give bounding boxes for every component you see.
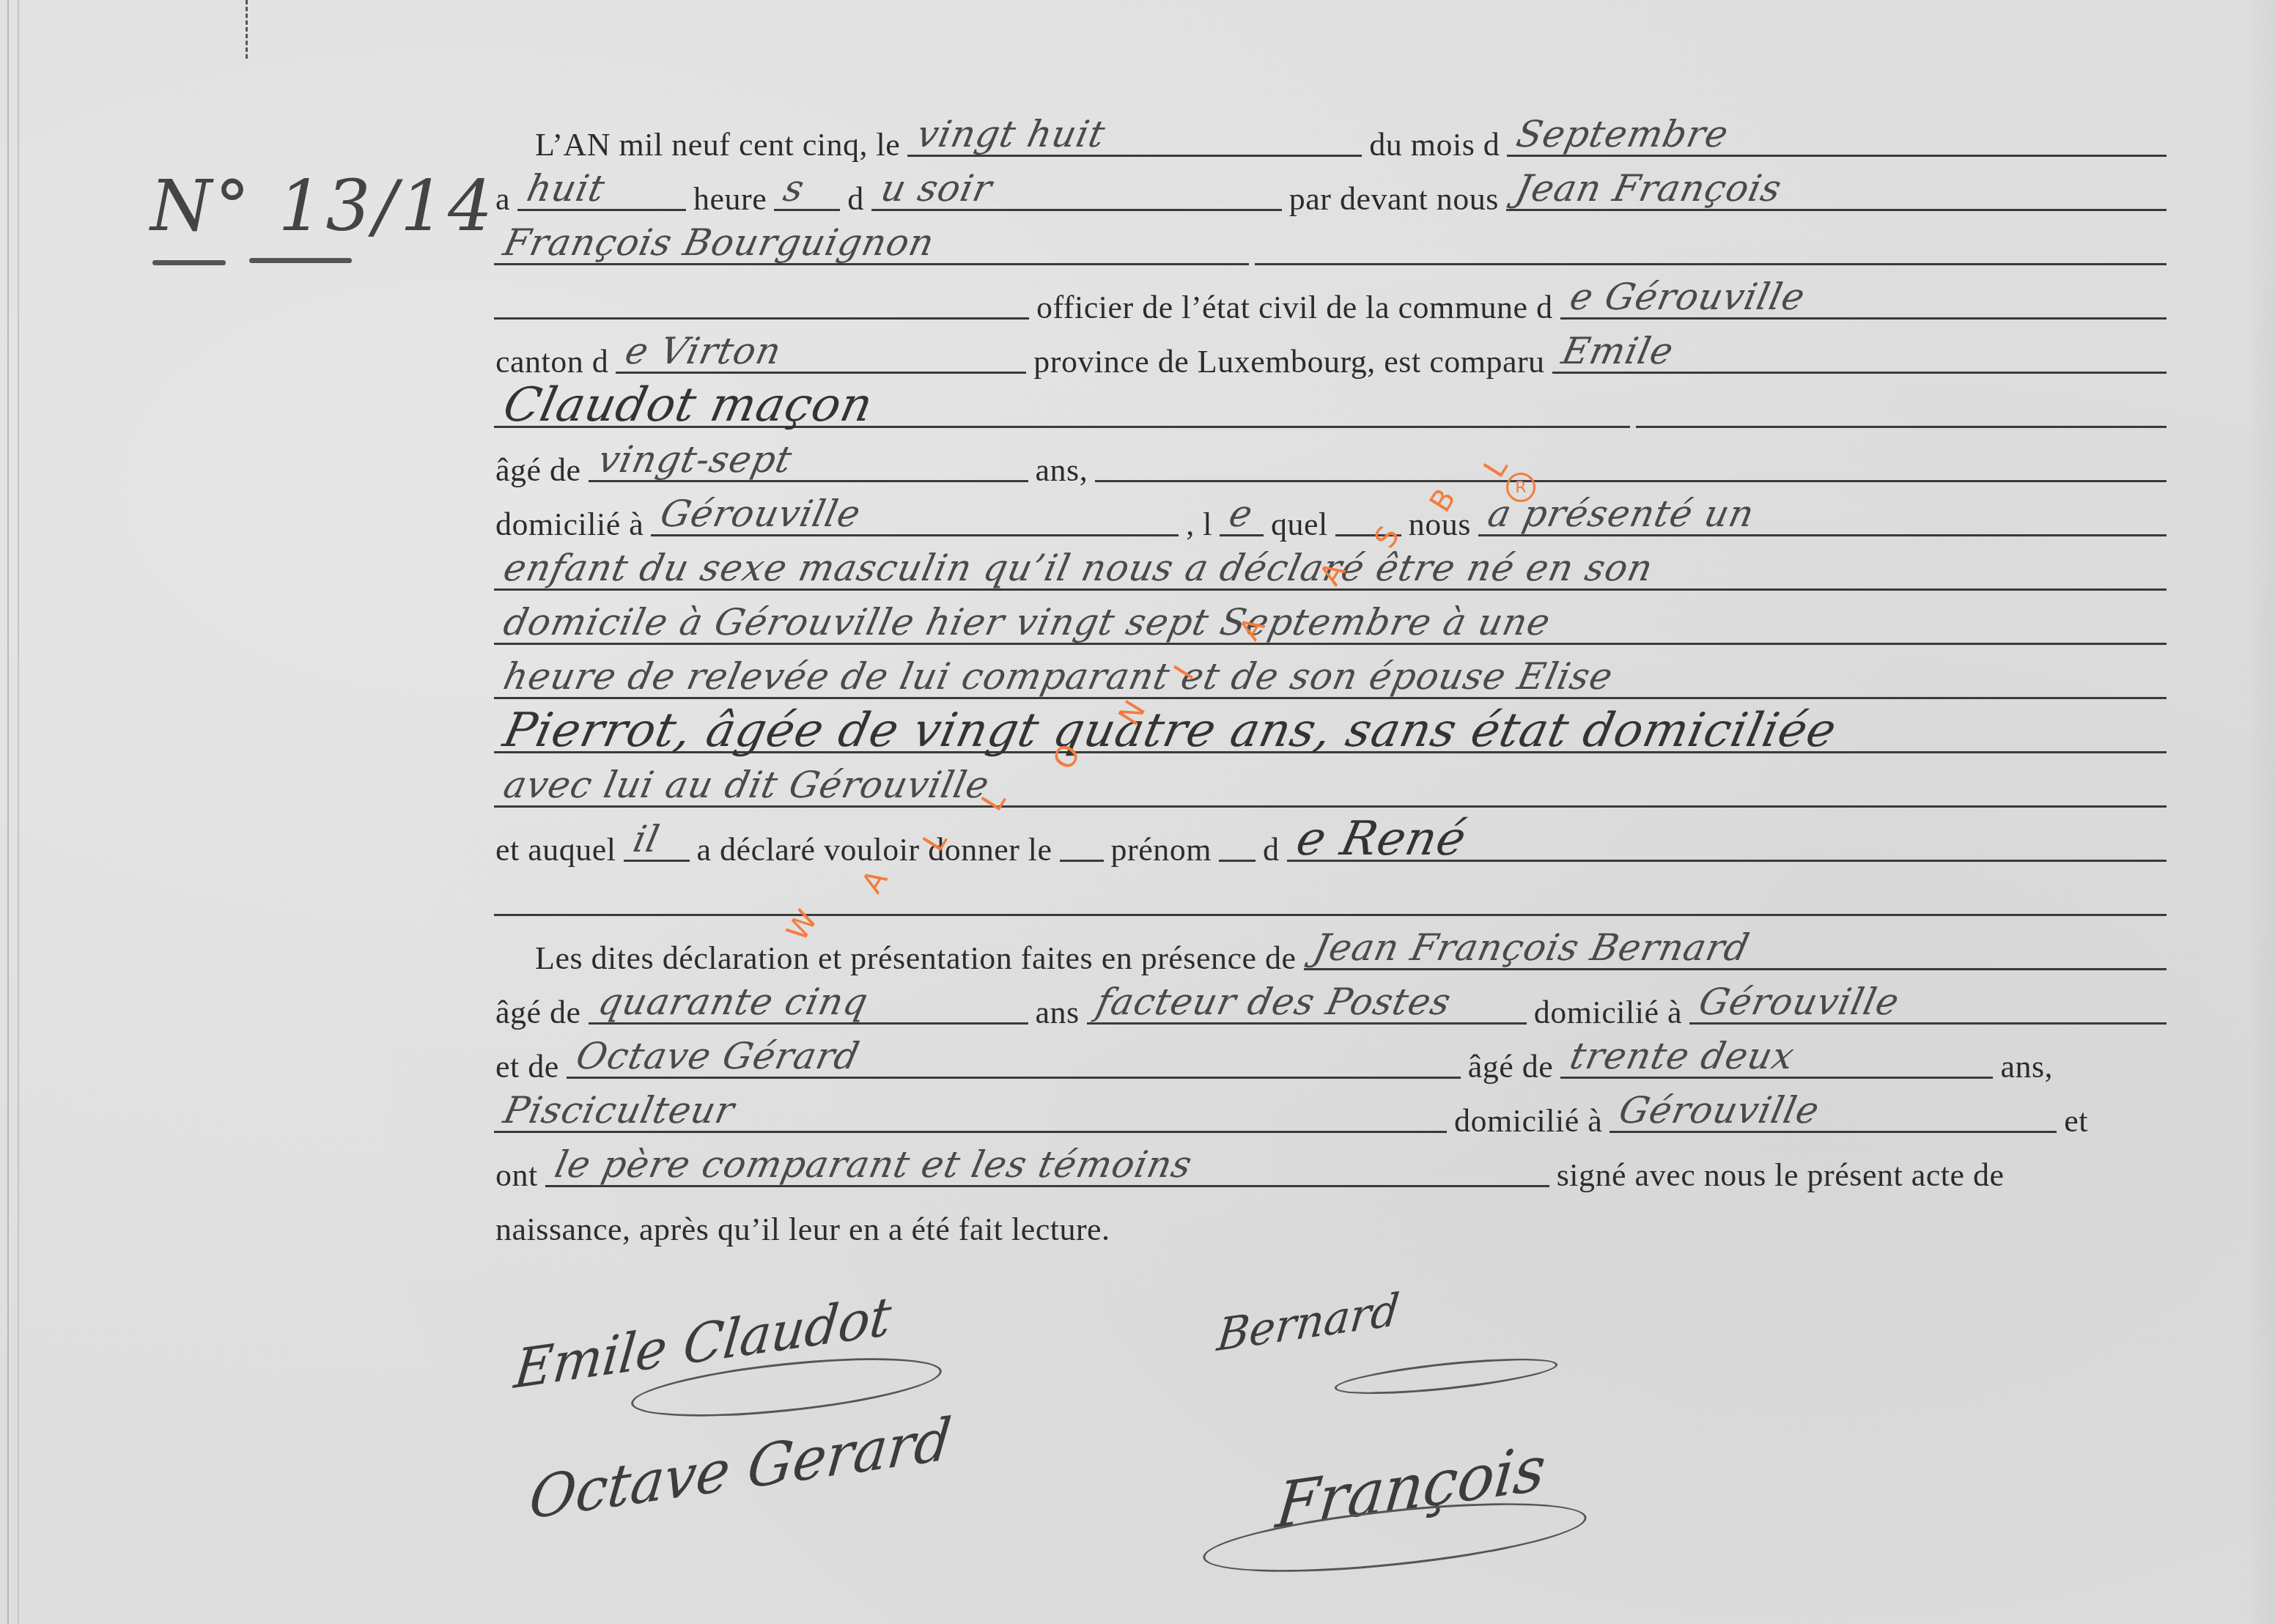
form-line: François Bourguignon xyxy=(491,218,2169,273)
handwritten-entry: quarante cinq xyxy=(584,983,871,1022)
form-line: et auquelila déclaré vouloir donner lepr… xyxy=(491,815,2169,869)
handwritten-field: il xyxy=(624,816,690,862)
handwritten-field: Gérouville xyxy=(1610,1087,2057,1133)
handwritten-field xyxy=(494,870,2167,916)
handwritten-entry: Octave Gérard xyxy=(562,1037,863,1077)
handwritten-entry: le père comparant et les témoins xyxy=(541,1145,1195,1185)
handwritten-field xyxy=(1255,219,2167,265)
handwritten-entry: Jean François xyxy=(1502,169,1785,209)
handwritten-entry: s xyxy=(770,169,808,209)
handwritten-field: François Bourguignon xyxy=(494,219,1249,265)
form-line: domicile à Gérouville hier vingt sept Se… xyxy=(491,598,2169,652)
handwritten-entry: facteur des Postes xyxy=(1083,983,1454,1022)
printed-text: prénom xyxy=(1107,831,1216,869)
form-line xyxy=(491,869,2169,923)
handwritten-entry: il xyxy=(619,820,663,860)
registry-number-underline xyxy=(152,260,226,265)
handwritten-field: u soir xyxy=(871,165,1282,211)
handwritten-entry: Gérouville xyxy=(1685,983,1903,1022)
handwritten-entry: trente deux xyxy=(1557,1037,1799,1077)
printed-text: âgé de xyxy=(1464,1048,1558,1086)
printed-text: ans xyxy=(1031,994,1084,1032)
handwritten-field: e Gérouville xyxy=(1560,273,2167,320)
handwritten-entry: e Virton xyxy=(612,332,785,372)
printed-text: d xyxy=(1258,831,1284,869)
handwritten-entry: François Bourguignon xyxy=(490,224,937,263)
printed-text: Les dites déclaration et présentation fa… xyxy=(491,940,1301,978)
printed-text: naissance, après qu’il leur en a été fai… xyxy=(491,1211,1115,1249)
form-line: officier de l’état civil de la commune d… xyxy=(491,273,2169,327)
form-line: naissance, après qu’il leur en a été fai… xyxy=(491,1195,2169,1249)
printed-text: L’AN mil neuf cent cinq, le xyxy=(491,126,904,164)
handwritten-field xyxy=(1219,816,1256,862)
page-right-edge xyxy=(2246,0,2275,1624)
form-line: avec lui au dit Gérouville xyxy=(491,761,2169,815)
handwritten-entry: Emile xyxy=(1548,332,1677,372)
handwritten-entry: domicile à Gérouville hier vingt sept Se… xyxy=(490,603,1554,643)
handwritten-entry: Gérouville xyxy=(1605,1091,1823,1131)
registered-trademark-icon: R xyxy=(1506,473,1535,502)
fold-mark xyxy=(246,0,248,59)
form-line: âgé devingt-septans, xyxy=(491,435,2169,490)
handwritten-entry xyxy=(1219,858,1229,860)
handwritten-field: avec lui au dit Gérouville xyxy=(494,761,2167,808)
form-line: Claudot maçon xyxy=(491,381,2169,435)
printed-text: canton d xyxy=(491,343,613,381)
handwritten-entry: Septembre xyxy=(1503,115,1733,155)
form-line: Pierrot, âgée de vingt quatre ans, sans … xyxy=(491,706,2169,761)
handwritten-entry: Pisciculteur xyxy=(490,1091,738,1131)
handwritten-entry: avec lui au dit Gérouville xyxy=(490,766,993,805)
signature-flourish xyxy=(1333,1351,1559,1401)
form-line: canton de Virtonprovince de Luxembourg, … xyxy=(491,327,2169,381)
printed-text: domicilié à xyxy=(1530,994,1686,1032)
handwritten-field: Emile xyxy=(1552,328,2167,374)
handwritten-field: Gérouville xyxy=(1689,978,2167,1025)
signature: Octave Gerard xyxy=(526,1406,954,1533)
handwritten-entry xyxy=(494,912,504,914)
printed-text: ans, xyxy=(1031,451,1093,490)
handwritten-entry: e René xyxy=(1283,820,1470,860)
printed-text: domicilié à xyxy=(1450,1102,1607,1140)
handwritten-field xyxy=(1095,436,2167,482)
printed-text: heure xyxy=(689,180,771,218)
handwritten-entry: e Gérouville xyxy=(1556,278,1809,317)
handwritten-field: Jean François xyxy=(1506,165,2167,211)
handwritten-entry: vingt-sept xyxy=(584,440,795,480)
handwritten-entry xyxy=(494,316,504,317)
document-page: N° 13/14 L’AN mil neuf cent cinq, leving… xyxy=(0,0,2275,1624)
form-line: et deOctave Gérardâgé detrente deuxans, xyxy=(491,1032,2169,1086)
handwritten-field: Gérouville xyxy=(651,490,1179,536)
handwritten-field: e René xyxy=(1287,816,2167,862)
handwritten-entry xyxy=(1636,424,1646,426)
form-line: Pisciculteurdomicilié àGérouvilleet xyxy=(491,1086,2169,1140)
printed-text: nous xyxy=(1404,506,1475,544)
handwritten-field: quarante cinq xyxy=(589,978,1028,1025)
handwritten-field xyxy=(494,273,1029,320)
printed-text: a xyxy=(491,180,515,218)
handwritten-field: facteur des Postes xyxy=(1087,978,1527,1025)
handwritten-field: trente deux xyxy=(1560,1033,1993,1079)
form-line: Les dites déclaration et présentation fa… xyxy=(491,923,2169,978)
form-line: ontle père comparant et les témoinssigné… xyxy=(491,1140,2169,1195)
printed-text: a déclaré vouloir donner le xyxy=(693,831,1057,869)
handwritten-field: vingt huit xyxy=(907,111,1362,157)
handwritten-field: le père comparant et les témoins xyxy=(545,1141,1549,1187)
printed-text: du mois d xyxy=(1365,126,1504,164)
printed-text: signé avec nous le présent acte de xyxy=(1552,1156,2009,1195)
handwritten-entry xyxy=(1335,533,1346,534)
handwritten-entry: enfant du sexe masculin qu’il nous a déc… xyxy=(490,549,1656,588)
handwritten-entry xyxy=(1059,858,1069,860)
printed-text: âgé de xyxy=(491,994,586,1032)
handwritten-field: Claudot maçon xyxy=(494,382,1630,428)
handwritten-field: Octave Gérard xyxy=(567,1033,1461,1079)
handwritten-field: Septembre xyxy=(1507,111,2167,157)
printed-text: domicilié à xyxy=(491,506,648,544)
printed-text: quel xyxy=(1266,506,1332,544)
handwritten-entry: Jean François Bernard xyxy=(1299,929,1752,968)
printed-text: ans, xyxy=(1996,1048,2057,1086)
handwritten-entry: vingt huit xyxy=(903,115,1108,155)
printed-text: et de xyxy=(491,1048,564,1086)
page-binding-edge xyxy=(7,0,19,1624)
handwritten-field: huit xyxy=(517,165,686,211)
handwritten-entry xyxy=(1255,262,1265,263)
registry-number: N° 13/14 xyxy=(150,165,495,247)
printed-text: par devant nous xyxy=(1285,180,1503,218)
handwritten-entry: u soir xyxy=(867,169,995,209)
printed-text: , l xyxy=(1181,506,1217,544)
handwritten-field: vingt-sept xyxy=(589,436,1028,482)
form-line: domicilié àGérouville, lequelnousa prése… xyxy=(491,490,2169,544)
printed-text: et auquel xyxy=(491,831,621,869)
handwritten-field: Jean François Bernard xyxy=(1304,924,2167,970)
handwritten-field xyxy=(1636,382,2167,428)
printed-text: âgé de xyxy=(491,451,586,490)
handwritten-field: e xyxy=(1220,490,1264,536)
form-line: heure de relevée de lui comparant et de … xyxy=(491,652,2169,706)
handwritten-entry: huit xyxy=(513,169,608,209)
handwritten-entry: e xyxy=(1215,495,1256,534)
handwritten-entry: Claudot maçon xyxy=(490,386,876,426)
handwritten-field: Pierrot, âgée de vingt quatre ans, sans … xyxy=(494,707,2167,753)
handwritten-field: domicile à Gérouville hier vingt sept Se… xyxy=(494,599,2167,645)
printed-text: ont xyxy=(491,1156,542,1195)
form-line: L’AN mil neuf cent cinq, levingt huitdu … xyxy=(491,110,2169,164)
handwritten-field: e Virton xyxy=(616,328,1026,374)
handwritten-field: s xyxy=(774,165,840,211)
handwritten-field xyxy=(1060,816,1104,862)
form-line: ahuitheuresdu soirpar devant nousJean Fr… xyxy=(491,164,2169,218)
handwritten-field: Pisciculteur xyxy=(494,1087,1447,1133)
handwritten-entry: heure de relevée de lui comparant et de … xyxy=(490,657,1616,697)
form-line: âgé dequarante cinqansfacteur des Postes… xyxy=(491,978,2169,1032)
handwritten-entry xyxy=(1095,479,1105,480)
printed-text: province de Luxembourg, est comparu xyxy=(1029,343,1549,381)
registry-number-underline xyxy=(249,258,352,263)
printed-text: et xyxy=(2060,1102,2093,1140)
handwritten-field: heure de relevée de lui comparant et de … xyxy=(494,653,2167,699)
handwritten-field: a présenté un xyxy=(1478,490,2167,536)
handwritten-entry: Pierrot, âgée de vingt quatre ans, sans … xyxy=(490,712,1840,751)
signature: Bernard xyxy=(1214,1284,1401,1362)
handwritten-entry: Gérouville xyxy=(646,495,864,534)
printed-text: d xyxy=(843,180,869,218)
printed-text: officier de l’état civil de la commune d xyxy=(1032,289,1557,327)
